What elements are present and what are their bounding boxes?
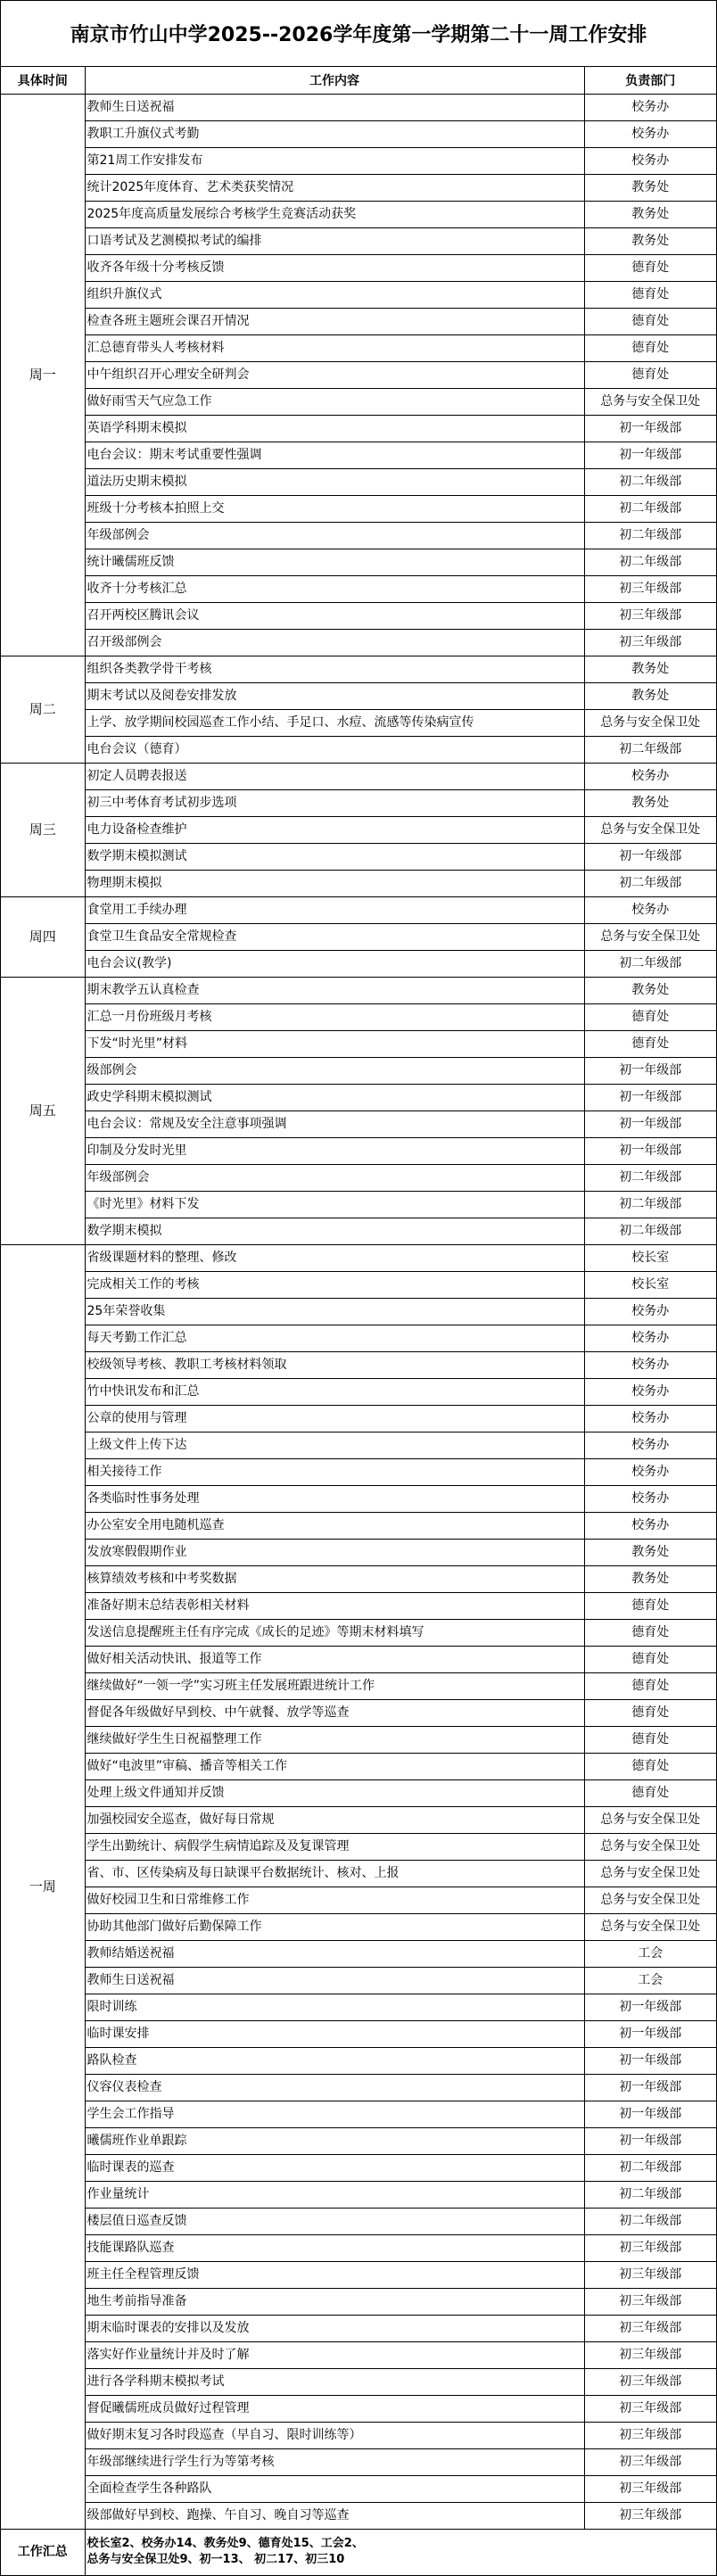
responsible-dept: 初一年级部 bbox=[584, 2101, 716, 2127]
table-row: 核算绩效考核和中考奖数据教务处 bbox=[1, 1565, 716, 1592]
responsible-dept: 初三年级部 bbox=[584, 2395, 716, 2422]
task-content: 仪容仪表检查 bbox=[85, 2074, 584, 2101]
task-content: 地生考前指导准备 bbox=[85, 2288, 584, 2315]
task-content: 级部例会 bbox=[85, 1057, 584, 1084]
table-row: 教职工升旗仪式考勤校务办 bbox=[1, 120, 716, 147]
task-content: 电台会议(教学) bbox=[85, 950, 584, 977]
table-row: 周五期末教学五认真检查教务处 bbox=[1, 977, 716, 1003]
responsible-dept: 初一年级部 bbox=[584, 1994, 716, 2020]
task-content: 全面检查学生各种路队 bbox=[85, 2475, 584, 2502]
summary-line-1: 校长室2、校务办14、教务处9、德育处15、工会2、 bbox=[87, 2536, 717, 2552]
table-row: 落实好作业量统计并及时了解初三年级部 bbox=[1, 2341, 716, 2368]
table-row: 电力设备检查维护总务与安全保卫处 bbox=[1, 816, 716, 843]
task-content: 年级部继续进行学生行为等第考核 bbox=[85, 2448, 584, 2475]
table-row: 周二组织各类教学骨干考核教务处 bbox=[1, 656, 716, 682]
table-row: 楼层值日巡查反馈初二年级部 bbox=[1, 2208, 716, 2234]
responsible-dept: 校务办 bbox=[584, 1351, 716, 1378]
table-row: 进行各学科期末模拟考试初三年级部 bbox=[1, 2368, 716, 2395]
responsible-dept: 初一年级部 bbox=[584, 2047, 716, 2074]
table-row: 召开级部例会初三年级部 bbox=[1, 629, 716, 656]
responsible-dept: 校务办 bbox=[584, 1378, 716, 1405]
task-content: 政史学科期末模拟测试 bbox=[85, 1084, 584, 1110]
task-content: 临时课安排 bbox=[85, 2020, 584, 2047]
responsible-dept: 初二年级部 bbox=[584, 495, 716, 522]
table-row: 年级部例会初二年级部 bbox=[1, 522, 716, 549]
table-row: 做好期末复习各时段巡查（早自习、限时训练等）初三年级部 bbox=[1, 2422, 716, 2448]
responsible-dept: 总务与安全保卫处 bbox=[584, 709, 716, 736]
responsible-dept: 总务与安全保卫处 bbox=[584, 816, 716, 843]
responsible-dept: 校务办 bbox=[584, 763, 716, 789]
responsible-dept: 总务与安全保卫处 bbox=[584, 1860, 716, 1887]
task-content: 年级部例会 bbox=[85, 522, 584, 549]
table-row: 临时课安排初一年级部 bbox=[1, 2020, 716, 2047]
responsible-dept: 初三年级部 bbox=[584, 2261, 716, 2288]
responsible-dept: 初二年级部 bbox=[584, 870, 716, 896]
responsible-dept: 校务办 bbox=[584, 1458, 716, 1485]
table-row: 限时训练初一年级部 bbox=[1, 1994, 716, 2020]
task-content: 技能课路队巡查 bbox=[85, 2234, 584, 2261]
responsible-dept: 初三年级部 bbox=[584, 2422, 716, 2448]
task-content: 教师结婚送祝福 bbox=[85, 1940, 584, 1967]
task-content: 组织升旗仪式 bbox=[85, 281, 584, 308]
responsible-dept: 教务处 bbox=[584, 227, 716, 254]
task-content: 电台会议（德育） bbox=[85, 736, 584, 763]
task-content: 期末教学五认真检查 bbox=[85, 977, 584, 1003]
responsible-dept: 初二年级部 bbox=[584, 950, 716, 977]
responsible-dept: 校长室 bbox=[584, 1244, 716, 1271]
responsible-dept: 初三年级部 bbox=[584, 2234, 716, 2261]
responsible-dept: 校务办 bbox=[584, 147, 716, 174]
task-content: 校级领导考核、教职工考核材料领取 bbox=[85, 1351, 584, 1378]
header-time: 具体时间 bbox=[1, 67, 85, 94]
responsible-dept: 总务与安全保卫处 bbox=[584, 1887, 716, 1913]
task-content: 25年荣誉收集 bbox=[85, 1298, 584, 1325]
day-label: 周二 bbox=[1, 656, 85, 763]
day-label: 一周 bbox=[1, 1244, 85, 2529]
header-dept: 负责部门 bbox=[584, 67, 716, 94]
responsible-dept: 德育处 bbox=[584, 1003, 716, 1030]
task-content: 继续做好“一领一学”实习班主任发展班跟进统计工作 bbox=[85, 1672, 584, 1699]
table-row: 继续做好学生生日祝福整理工作德育处 bbox=[1, 1726, 716, 1753]
table-row: 做好相关活动快讯、报道等工作德育处 bbox=[1, 1646, 716, 1672]
task-content: 曦儒班作业单跟踪 bbox=[85, 2127, 584, 2154]
responsible-dept: 初一年级部 bbox=[584, 1137, 716, 1164]
table-row: 发放寒假假期作业教务处 bbox=[1, 1539, 716, 1565]
task-content: 各类临时性事务处理 bbox=[85, 1485, 584, 1512]
table-row: 汇总德育带头人考核材料德育处 bbox=[1, 334, 716, 361]
responsible-dept: 校长室 bbox=[584, 1271, 716, 1298]
day-label: 周一 bbox=[1, 94, 85, 656]
table-row: 下发“时光里”材料德育处 bbox=[1, 1030, 716, 1057]
table-row: 仪容仪表检查初一年级部 bbox=[1, 2074, 716, 2101]
task-content: 统计曦儒班反馈 bbox=[85, 549, 584, 575]
task-content: 组织各类教学骨干考核 bbox=[85, 656, 584, 682]
task-content: 省级课题材料的整理、修改 bbox=[85, 1244, 584, 1271]
responsible-dept: 初三年级部 bbox=[584, 575, 716, 602]
responsible-dept: 工会 bbox=[584, 1940, 716, 1967]
task-content: 上级文件上传下达 bbox=[85, 1432, 584, 1458]
table-row: 召开两校区腾讯会议初三年级部 bbox=[1, 602, 716, 629]
task-content: 班级十分考核本拍照上交 bbox=[85, 495, 584, 522]
table-row: 电台会议（德育）初二年级部 bbox=[1, 736, 716, 763]
task-content: 年级部例会 bbox=[85, 1164, 584, 1191]
table-row: 做好校园卫生和日常维修工作总务与安全保卫处 bbox=[1, 1887, 716, 1913]
responsible-dept: 初一年级部 bbox=[584, 2020, 716, 2047]
responsible-dept: 初一年级部 bbox=[584, 1057, 716, 1084]
table-row: 发送信息提醒班主任有序完成《成长的足迹》等期末材料填写德育处 bbox=[1, 1619, 716, 1646]
responsible-dept: 初一年级部 bbox=[584, 2127, 716, 2154]
table-row: 印制及分发时光里初一年级部 bbox=[1, 1137, 716, 1164]
responsible-dept: 初二年级部 bbox=[584, 736, 716, 763]
table-row: 竹中快讯发布和汇总校务办 bbox=[1, 1378, 716, 1405]
table-row: 政史学科期末模拟测试初一年级部 bbox=[1, 1084, 716, 1110]
table-row: 地生考前指导准备初三年级部 bbox=[1, 2288, 716, 2315]
responsible-dept: 总务与安全保卫处 bbox=[584, 1806, 716, 1833]
table-row: 第21周工作安排发布校务办 bbox=[1, 147, 716, 174]
responsible-dept: 工会 bbox=[584, 1967, 716, 1994]
table-row: 路队检查初一年级部 bbox=[1, 2047, 716, 2074]
table-row: 处理上级文件通知并反馈德育处 bbox=[1, 1779, 716, 1806]
responsible-dept: 初二年级部 bbox=[584, 2208, 716, 2234]
responsible-dept: 初三年级部 bbox=[584, 602, 716, 629]
table-row: 临时课表的巡查初二年级部 bbox=[1, 2154, 716, 2181]
responsible-dept: 初一年级部 bbox=[584, 2074, 716, 2101]
task-content: 准备好期末总结表彰相关材料 bbox=[85, 1592, 584, 1619]
task-content: 公章的使用与管理 bbox=[85, 1405, 584, 1432]
responsible-dept: 初三年级部 bbox=[584, 2368, 716, 2395]
task-content: 口语考试及艺测模拟考试的编排 bbox=[85, 227, 584, 254]
table-row: 曦儒班作业单跟踪初一年级部 bbox=[1, 2127, 716, 2154]
table-row: 周四食堂用工手续办理校务办 bbox=[1, 896, 716, 923]
responsible-dept: 初一年级部 bbox=[584, 415, 716, 442]
table-row: 督促曦儒班成员做好过程管理初三年级部 bbox=[1, 2395, 716, 2422]
task-content: 召开级部例会 bbox=[85, 629, 584, 656]
responsible-dept: 初二年级部 bbox=[584, 468, 716, 495]
responsible-dept: 校务办 bbox=[584, 1298, 716, 1325]
responsible-dept: 初一年级部 bbox=[584, 1110, 716, 1137]
task-content: 办公室安全用电随机巡查 bbox=[85, 1512, 584, 1539]
responsible-dept: 校务办 bbox=[584, 94, 716, 120]
responsible-dept: 教务处 bbox=[584, 977, 716, 1003]
summary-label: 工作汇总 bbox=[1, 2529, 85, 2575]
task-content: 协助其他部门做好后勤保障工作 bbox=[85, 1913, 584, 1940]
task-content: 期末临时课表的安排以及发放 bbox=[85, 2315, 584, 2341]
task-content: 竹中快讯发布和汇总 bbox=[85, 1378, 584, 1405]
task-content: 相关接待工作 bbox=[85, 1458, 584, 1485]
responsible-dept: 初三年级部 bbox=[584, 629, 716, 656]
task-content: 检查各班主题班会课召开情况 bbox=[85, 308, 584, 334]
responsible-dept: 总务与安全保卫处 bbox=[584, 1833, 716, 1860]
task-content: 汇总一月份班级月考核 bbox=[85, 1003, 584, 1030]
table-row: 物理期末模拟初二年级部 bbox=[1, 870, 716, 896]
responsible-dept: 教务处 bbox=[584, 789, 716, 816]
task-content: 统计2025年度体育、艺术类获奖情况 bbox=[85, 174, 584, 201]
task-content: 食堂卫生食品安全常规检查 bbox=[85, 923, 584, 950]
task-content: 物理期末模拟 bbox=[85, 870, 584, 896]
responsible-dept: 德育处 bbox=[584, 1699, 716, 1726]
header-row: 具体时间 工作内容 负责部门 bbox=[1, 67, 716, 94]
task-content: 英语学科期末模拟 bbox=[85, 415, 584, 442]
table-row: 电台会议：期末考试重要性强调初一年级部 bbox=[1, 442, 716, 468]
task-content: 期末考试以及阅卷安排发放 bbox=[85, 682, 584, 709]
task-content: 省、市、区传染病及每日缺课平台数据统计、核对、上报 bbox=[85, 1860, 584, 1887]
task-content: 级部做好早到校、跑操、午自习、晚自习等巡查 bbox=[85, 2502, 584, 2529]
responsible-dept: 初三年级部 bbox=[584, 2315, 716, 2341]
task-content: 印制及分发时光里 bbox=[85, 1137, 584, 1164]
responsible-dept: 初二年级部 bbox=[584, 2154, 716, 2181]
table-row: 班级十分考核本拍照上交初二年级部 bbox=[1, 495, 716, 522]
table-row: 班主任全程管理反馈初三年级部 bbox=[1, 2261, 716, 2288]
task-content: 数学期末模拟测试 bbox=[85, 843, 584, 870]
responsible-dept: 校务办 bbox=[584, 896, 716, 923]
task-content: 教师生日送祝福 bbox=[85, 94, 584, 120]
responsible-dept: 初三年级部 bbox=[584, 2448, 716, 2475]
task-content: 发送信息提醒班主任有序完成《成长的足迹》等期末材料填写 bbox=[85, 1619, 584, 1646]
day-label: 周三 bbox=[1, 763, 85, 896]
responsible-dept: 教务处 bbox=[584, 656, 716, 682]
task-content: 楼层值日巡查反馈 bbox=[85, 2208, 584, 2234]
table-row: 收齐十分考核汇总初三年级部 bbox=[1, 575, 716, 602]
task-content: 上学、放学期间校园巡查工作小结、手足口、水痘、流感等传染病宣传 bbox=[85, 709, 584, 736]
responsible-dept: 初三年级部 bbox=[584, 2288, 716, 2315]
task-content: 召开两校区腾讯会议 bbox=[85, 602, 584, 629]
table-row: 检查各班主题班会课召开情况德育处 bbox=[1, 308, 716, 334]
table-row: 道法历史期末模拟初二年级部 bbox=[1, 468, 716, 495]
task-content: 完成相关工作的考核 bbox=[85, 1271, 584, 1298]
responsible-dept: 初二年级部 bbox=[584, 1164, 716, 1191]
responsible-dept: 校务办 bbox=[584, 1325, 716, 1351]
table-row: 统计2025年度体育、艺术类获奖情况教务处 bbox=[1, 174, 716, 201]
task-content: 核算绩效考核和中考奖数据 bbox=[85, 1565, 584, 1592]
responsible-dept: 校务办 bbox=[584, 1405, 716, 1432]
responsible-dept: 总务与安全保卫处 bbox=[584, 1913, 716, 1940]
summary-row: 工作汇总 校长室2、校务办14、教务处9、德育处15、工会2、 总务与安全保卫处… bbox=[1, 2529, 716, 2575]
task-content: 电力设备检查维护 bbox=[85, 816, 584, 843]
task-content: 做好期末复习各时段巡查（早自习、限时训练等） bbox=[85, 2422, 584, 2448]
responsible-dept: 初二年级部 bbox=[584, 522, 716, 549]
table-row: 食堂卫生食品安全常规检查总务与安全保卫处 bbox=[1, 923, 716, 950]
task-content: 学生出勤统计、病假学生病情追踪及及复课管理 bbox=[85, 1833, 584, 1860]
task-content: 第21周工作安排发布 bbox=[85, 147, 584, 174]
responsible-dept: 校务办 bbox=[584, 1485, 716, 1512]
responsible-dept: 初三年级部 bbox=[584, 2341, 716, 2368]
responsible-dept: 初二年级部 bbox=[584, 1218, 716, 1244]
responsible-dept: 初一年级部 bbox=[584, 442, 716, 468]
task-content: 学生会工作指导 bbox=[85, 2101, 584, 2127]
task-content: 2025年度高质量发展综合考核学生竞赛活动获奖 bbox=[85, 201, 584, 227]
task-content: 收齐十分考核汇总 bbox=[85, 575, 584, 602]
table-row: 各类临时性事务处理校务办 bbox=[1, 1485, 716, 1512]
page-title: 南京市竹山中学2025--2026学年度第一学期第二十一周工作安排 bbox=[1, 0, 716, 67]
table-row: 教师生日送祝福工会 bbox=[1, 1967, 716, 1994]
table-row: 中午组织召开心理安全研判会德育处 bbox=[1, 361, 716, 388]
table-row: 全面检查学生各种路队初三年级部 bbox=[1, 2475, 716, 2502]
table-row: 数学期末模拟测试初一年级部 bbox=[1, 843, 716, 870]
responsible-dept: 德育处 bbox=[584, 1619, 716, 1646]
table-row: 做好雨雪天气应急工作总务与安全保卫处 bbox=[1, 388, 716, 415]
task-content: 《时光里》材料下发 bbox=[85, 1191, 584, 1218]
table-row: 初三中考体育考试初步选项教务处 bbox=[1, 789, 716, 816]
task-content: 数学期末模拟 bbox=[85, 1218, 584, 1244]
table-row: 级部例会初一年级部 bbox=[1, 1057, 716, 1084]
responsible-dept: 教务处 bbox=[584, 201, 716, 227]
responsible-dept: 总务与安全保卫处 bbox=[584, 923, 716, 950]
table-row: 期末临时课表的安排以及发放初三年级部 bbox=[1, 2315, 716, 2341]
responsible-dept: 校务办 bbox=[584, 1512, 716, 1539]
table-row: 教师结婚送祝福工会 bbox=[1, 1940, 716, 1967]
task-content: 电台会议：期末考试重要性强调 bbox=[85, 442, 584, 468]
table-row: 年级部例会初二年级部 bbox=[1, 1164, 716, 1191]
table-row: 作业量统计初二年级部 bbox=[1, 2181, 716, 2208]
task-content: 初三中考体育考试初步选项 bbox=[85, 789, 584, 816]
task-content: 发放寒假假期作业 bbox=[85, 1539, 584, 1565]
table-row: 汇总一月份班级月考核德育处 bbox=[1, 1003, 716, 1030]
task-content: 做好雨雪天气应急工作 bbox=[85, 388, 584, 415]
table-row: 电台会议：常规及安全注意事项强调初一年级部 bbox=[1, 1110, 716, 1137]
responsible-dept: 德育处 bbox=[584, 1672, 716, 1699]
responsible-dept: 教务处 bbox=[584, 1539, 716, 1565]
responsible-dept: 校务办 bbox=[584, 120, 716, 147]
table-row: 公章的使用与管理校务办 bbox=[1, 1405, 716, 1432]
schedule-sheet: 南京市竹山中学2025--2026学年度第一学期第二十一周工作安排 具体时间 工… bbox=[0, 0, 717, 2576]
table-row: 《时光里》材料下发初二年级部 bbox=[1, 1191, 716, 1218]
table-row: 周三初定人员聘表报送校务办 bbox=[1, 763, 716, 789]
responsible-dept: 德育处 bbox=[584, 254, 716, 281]
responsible-dept: 初三年级部 bbox=[584, 2475, 716, 2502]
table-row: 省、市、区传染病及每日缺课平台数据统计、核对、上报总务与安全保卫处 bbox=[1, 1860, 716, 1887]
task-content: 中午组织召开心理安全研判会 bbox=[85, 361, 584, 388]
task-content: 督促各年级做好早到校、中午就餐、放学等巡查 bbox=[85, 1699, 584, 1726]
task-content: 做好相关活动快讯、报道等工作 bbox=[85, 1646, 584, 1672]
table-row: 统计曦儒班反馈初二年级部 bbox=[1, 549, 716, 575]
table-row: 数学期末模拟初二年级部 bbox=[1, 1218, 716, 1244]
responsible-dept: 初二年级部 bbox=[584, 1191, 716, 1218]
responsible-dept: 初二年级部 bbox=[584, 549, 716, 575]
task-content: 每天考勤工作汇总 bbox=[85, 1325, 584, 1351]
task-content: 初定人员聘表报送 bbox=[85, 763, 584, 789]
responsible-dept: 德育处 bbox=[584, 334, 716, 361]
task-content: 下发“时光里”材料 bbox=[85, 1030, 584, 1057]
schedule-table: 具体时间 工作内容 负责部门 周一教师生日送祝福校务办教职工升旗仪式考勤校务办第… bbox=[1, 67, 716, 2575]
table-row: 协助其他部门做好后勤保障工作总务与安全保卫处 bbox=[1, 1913, 716, 1940]
responsible-dept: 初一年级部 bbox=[584, 843, 716, 870]
task-content: 限时训练 bbox=[85, 1994, 584, 2020]
table-row: 督促各年级做好早到校、中午就餐、放学等巡查德育处 bbox=[1, 1699, 716, 1726]
responsible-dept: 初三年级部 bbox=[584, 2502, 716, 2529]
task-content: 作业量统计 bbox=[85, 2181, 584, 2208]
table-row: 级部做好早到校、跑操、午自习、晚自习等巡查初三年级部 bbox=[1, 2502, 716, 2529]
task-content: 食堂用工手续办理 bbox=[85, 896, 584, 923]
table-row: 口语考试及艺测模拟考试的编排教务处 bbox=[1, 227, 716, 254]
table-row: 英语学科期末模拟初一年级部 bbox=[1, 415, 716, 442]
responsible-dept: 德育处 bbox=[584, 361, 716, 388]
day-label: 周四 bbox=[1, 896, 85, 977]
task-content: 继续做好学生生日祝福整理工作 bbox=[85, 1726, 584, 1753]
day-label: 周五 bbox=[1, 977, 85, 1244]
table-row: 学生会工作指导初一年级部 bbox=[1, 2101, 716, 2127]
table-row: 一周省级课题材料的整理、修改校长室 bbox=[1, 1244, 716, 1271]
responsible-dept: 德育处 bbox=[584, 1726, 716, 1753]
responsible-dept: 德育处 bbox=[584, 1592, 716, 1619]
table-row: 办公室安全用电随机巡查校务办 bbox=[1, 1512, 716, 1539]
table-row: 组织升旗仪式德育处 bbox=[1, 281, 716, 308]
table-row: 年级部继续进行学生行为等第考核初三年级部 bbox=[1, 2448, 716, 2475]
table-row: 完成相关工作的考核校长室 bbox=[1, 1271, 716, 1298]
table-row: 期末考试以及阅卷安排发放教务处 bbox=[1, 682, 716, 709]
task-content: 临时课表的巡查 bbox=[85, 2154, 584, 2181]
table-row: 每天考勤工作汇总校务办 bbox=[1, 1325, 716, 1351]
header-content: 工作内容 bbox=[85, 67, 584, 94]
summary-line-2: 总务与安全保卫处9、初一13、 初二17、初三10 bbox=[87, 2552, 717, 2568]
task-content: 收齐各年级十分考核反馈 bbox=[85, 254, 584, 281]
summary-text: 校长室2、校务办14、教务处9、德育处15、工会2、 总务与安全保卫处9、初一1… bbox=[85, 2529, 716, 2575]
task-content: 教职工升旗仪式考勤 bbox=[85, 120, 584, 147]
task-content: 处理上级文件通知并反馈 bbox=[85, 1779, 584, 1806]
table-row: 25年荣誉收集校务办 bbox=[1, 1298, 716, 1325]
table-row: 加强校园安全巡查，做好每日常规总务与安全保卫处 bbox=[1, 1806, 716, 1833]
table-row: 2025年度高质量发展综合考核学生竞赛活动获奖教务处 bbox=[1, 201, 716, 227]
table-row: 做好“电波里”审稿、播音等相关工作德育处 bbox=[1, 1753, 716, 1779]
task-content: 督促曦儒班成员做好过程管理 bbox=[85, 2395, 584, 2422]
task-content: 进行各学科期末模拟考试 bbox=[85, 2368, 584, 2395]
task-content: 做好校园卫生和日常维修工作 bbox=[85, 1887, 584, 1913]
responsible-dept: 教务处 bbox=[584, 1565, 716, 1592]
table-row: 收齐各年级十分考核反馈德育处 bbox=[1, 254, 716, 281]
task-content: 教师生日送祝福 bbox=[85, 1967, 584, 1994]
table-row: 技能课路队巡查初三年级部 bbox=[1, 2234, 716, 2261]
table-row: 校级领导考核、教职工考核材料领取校务办 bbox=[1, 1351, 716, 1378]
task-content: 落实好作业量统计并及时了解 bbox=[85, 2341, 584, 2368]
table-row: 上级文件上传下达校务办 bbox=[1, 1432, 716, 1458]
task-content: 班主任全程管理反馈 bbox=[85, 2261, 584, 2288]
responsible-dept: 德育处 bbox=[584, 1030, 716, 1057]
responsible-dept: 德育处 bbox=[584, 1779, 716, 1806]
responsible-dept: 初一年级部 bbox=[584, 1084, 716, 1110]
task-content: 路队检查 bbox=[85, 2047, 584, 2074]
responsible-dept: 校务办 bbox=[584, 1432, 716, 1458]
responsible-dept: 初二年级部 bbox=[584, 2181, 716, 2208]
responsible-dept: 总务与安全保卫处 bbox=[584, 388, 716, 415]
table-row: 周一教师生日送祝福校务办 bbox=[1, 94, 716, 120]
responsible-dept: 教务处 bbox=[584, 682, 716, 709]
table-row: 电台会议(教学)初二年级部 bbox=[1, 950, 716, 977]
responsible-dept: 德育处 bbox=[584, 1753, 716, 1779]
task-content: 道法历史期末模拟 bbox=[85, 468, 584, 495]
table-row: 相关接待工作校务办 bbox=[1, 1458, 716, 1485]
responsible-dept: 教务处 bbox=[584, 174, 716, 201]
schedule-body: 周一教师生日送祝福校务办教职工升旗仪式考勤校务办第21周工作安排发布校务办统计2… bbox=[1, 94, 716, 2529]
task-content: 做好“电波里”审稿、播音等相关工作 bbox=[85, 1753, 584, 1779]
task-content: 汇总德育带头人考核材料 bbox=[85, 334, 584, 361]
responsible-dept: 德育处 bbox=[584, 1646, 716, 1672]
responsible-dept: 德育处 bbox=[584, 281, 716, 308]
table-row: 准备好期末总结表彰相关材料德育处 bbox=[1, 1592, 716, 1619]
table-row: 学生出勤统计、病假学生病情追踪及及复课管理总务与安全保卫处 bbox=[1, 1833, 716, 1860]
task-content: 电台会议：常规及安全注意事项强调 bbox=[85, 1110, 584, 1137]
table-row: 继续做好“一领一学”实习班主任发展班跟进统计工作德育处 bbox=[1, 1672, 716, 1699]
table-row: 上学、放学期间校园巡查工作小结、手足口、水痘、流感等传染病宣传总务与安全保卫处 bbox=[1, 709, 716, 736]
task-content: 加强校园安全巡查，做好每日常规 bbox=[85, 1806, 584, 1833]
responsible-dept: 德育处 bbox=[584, 308, 716, 334]
